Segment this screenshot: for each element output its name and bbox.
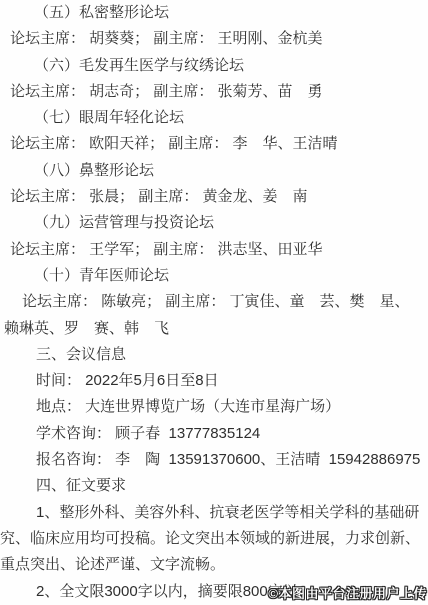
forum-10-title-line: （十）青年医师论坛 [0, 263, 428, 289]
registration-contact-line: 报名咨询： 李 陶 13591370600、王洁晴 15942886975 [0, 447, 428, 473]
forum-6-title-line: （六）毛发再生医学与纹绣论坛 [0, 53, 428, 79]
forum-7-chairs-line: 论坛主席： 欧阳天祥； 副主席： 李 华、王洁晴 [0, 131, 428, 157]
essay-req-1-line-2: 究、临床应用均可投稿。论文突出本领域的新进展，力求创新、 [0, 526, 428, 552]
forum-5-chairs-line: 论坛主席： 胡葵葵； 副主席： 王明刚、金杭美 [0, 26, 428, 52]
essay-req-1-line-3: 重点突出、论述严谨、文字流畅。 [0, 552, 428, 578]
forum-6-chairs-line: 论坛主席： 胡志奇； 副主席： 张菊芳、苗 勇 [0, 79, 428, 105]
conference-notice-document: （五）私密整形论坛 论坛主席： 胡葵葵； 副主席： 王明刚、金杭美 （六）毛发再… [0, 0, 428, 605]
essay-req-1-line-1: 1、整形外科、美容外科、抗衰老医学等相关学科的基础研 [0, 500, 428, 526]
forum-10-chairs-cont-line: 赖琳英、罗 赛、韩 飞 [0, 316, 428, 342]
forum-10-chairs-line: 论坛主席： 陈敏亮； 副主席： 丁寅佳、童 芸、樊 星、 [0, 289, 428, 315]
meeting-venue-line: 地点： 大连世界博览广场（大连市星海广场） [0, 394, 428, 420]
academic-contact-line: 学术咨询： 顾子春 13777835124 [0, 421, 428, 447]
platform-upload-watermark: ©本图由平台注册用户上传 [268, 583, 427, 602]
forum-9-title-line: （九）运营管理与投资论坛 [0, 210, 428, 236]
meeting-time-line: 时间： 2022年5月6日至8日 [0, 368, 428, 394]
forum-5-title-line: （五）私密整形论坛 [0, 0, 428, 26]
forum-9-chairs-line: 论坛主席： 王学军； 副主席： 洪志坚、田亚华 [0, 237, 428, 263]
section-3-heading-line: 三、会议信息 [0, 342, 428, 368]
section-4-heading-line: 四、征文要求 [0, 473, 428, 499]
forum-8-chairs-line: 论坛主席： 张晨； 副主席： 黄金龙、姜 南 [0, 184, 428, 210]
forum-7-title-line: （七）眼周年轻化论坛 [0, 105, 428, 131]
forum-8-title-line: （八）鼻整形论坛 [0, 158, 428, 184]
